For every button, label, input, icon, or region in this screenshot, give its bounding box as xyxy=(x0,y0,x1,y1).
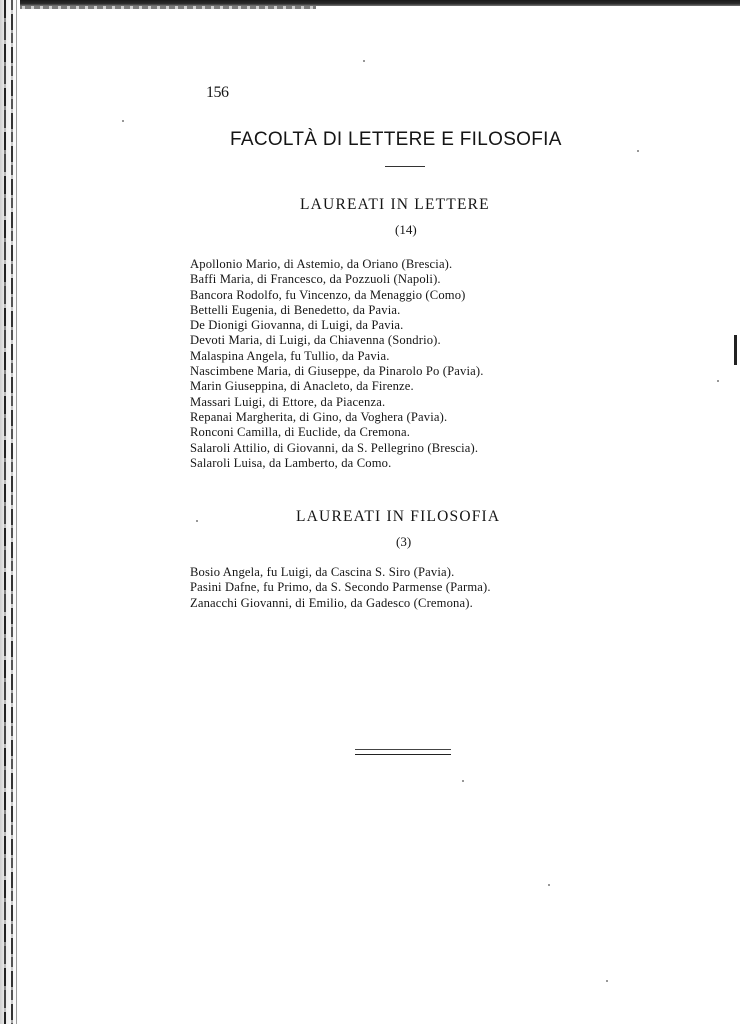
list-item: Devoti Maria, di Luigi, da Chiavenna (So… xyxy=(190,333,484,348)
scan-top-border-noise xyxy=(16,6,316,9)
end-of-section-divider xyxy=(355,749,451,755)
scan-speck xyxy=(606,980,608,982)
list-item: Salaroli Luisa, da Lamberto, da Como. xyxy=(190,456,484,471)
section-count-lettere: (14) xyxy=(395,222,417,238)
section-count-filosofia: (3) xyxy=(396,534,411,550)
scan-speck xyxy=(196,520,198,522)
list-item: Malaspina Angela, fu Tullio, da Pavia. xyxy=(190,349,484,364)
section-heading-filosofia: LAUREATI IN FILOSOFIA xyxy=(296,508,500,526)
page-title: FACOLTÀ DI LETTERE E FILOSOFIA xyxy=(230,129,562,151)
list-item: De Dionigi Giovanna, di Luigi, da Pavia. xyxy=(190,318,484,333)
list-item: Nascimbene Maria, di Giuseppe, da Pinaro… xyxy=(190,364,484,379)
scan-right-mark xyxy=(734,335,737,365)
scan-speck xyxy=(363,60,365,62)
binding-line xyxy=(4,0,6,1024)
binding-line xyxy=(11,0,13,1024)
scan-speck xyxy=(462,780,464,782)
list-item: Repanai Margherita, di Gino, da Voghera … xyxy=(190,410,484,425)
list-item: Bosio Angela, fu Luigi, da Cascina S. Si… xyxy=(190,565,491,580)
list-item: Massari Luigi, di Ettore, da Piacenza. xyxy=(190,395,484,410)
scan-speck xyxy=(122,120,124,122)
list-item: Bettelli Eugenia, di Benedetto, da Pavia… xyxy=(190,303,484,318)
graduates-list-lettere: Apollonio Mario, di Astemio, da Oriano (… xyxy=(190,257,484,471)
binding-line xyxy=(16,0,17,1024)
list-item: Apollonio Mario, di Astemio, da Oriano (… xyxy=(190,257,484,272)
list-item: Baffi Maria, di Francesco, da Pozzuoli (… xyxy=(190,272,484,287)
list-item: Salaroli Attilio, di Giovanni, da S. Pel… xyxy=(190,441,484,456)
scan-speck xyxy=(548,884,550,886)
title-divider xyxy=(385,166,425,167)
section-heading-lettere: LAUREATI IN LETTERE xyxy=(300,196,490,214)
list-item: Marin Giuseppina, di Anacleto, da Firenz… xyxy=(190,379,484,394)
page-number: 156 xyxy=(206,84,229,102)
list-item: Zanacchi Giovanni, di Emilio, da Gadesco… xyxy=(190,596,491,611)
scan-speck xyxy=(637,150,639,152)
scan-speck xyxy=(717,380,719,382)
list-item: Ronconi Camilla, di Euclide, da Cremona. xyxy=(190,425,484,440)
graduates-list-filosofia: Bosio Angela, fu Luigi, da Cascina S. Si… xyxy=(190,565,491,611)
scan-left-binding-edge xyxy=(0,0,20,1024)
list-item: Pasini Dafne, fu Primo, da S. Secondo Pa… xyxy=(190,580,491,595)
list-item: Bancora Rodolfo, fu Vincenzo, da Menaggi… xyxy=(190,288,484,303)
